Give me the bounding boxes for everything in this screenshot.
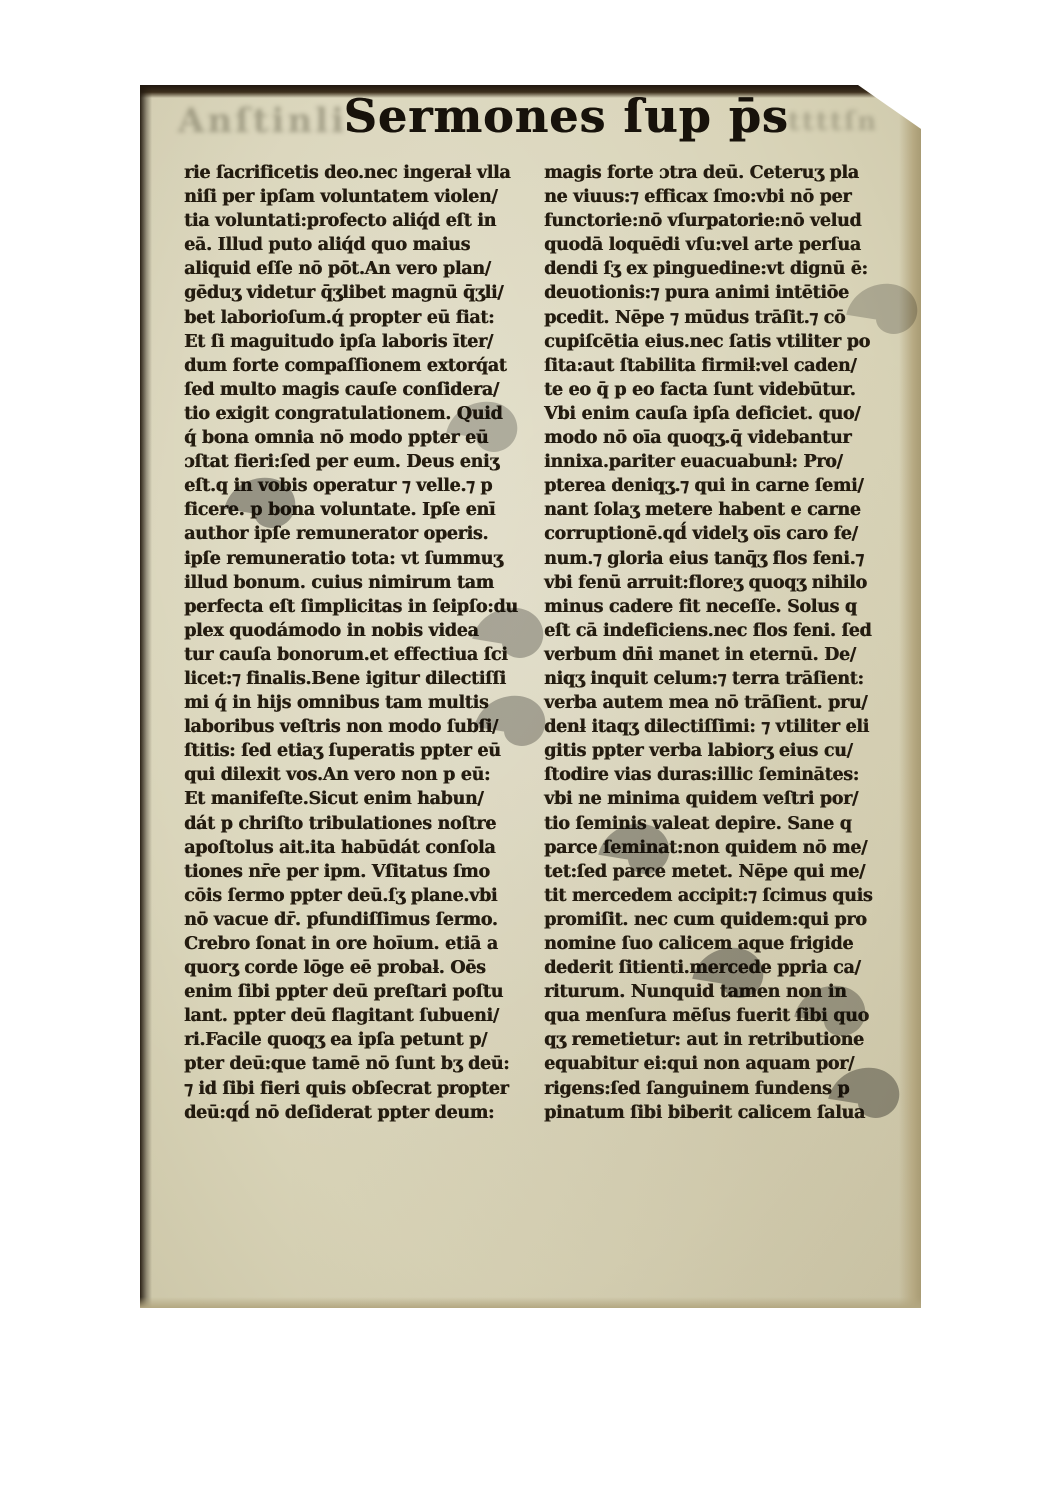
text-line: ſtodire vias duras:illic ſeminātes: — [544, 763, 908, 787]
text-line: ⁊ id ſibi fieri quis obſecrat propter — [184, 1077, 544, 1101]
text-line: Crebro ſonat in ore hoīum. etiā a — [184, 932, 544, 956]
text-line: promiſit. nec cum quidem:qui pro — [544, 908, 908, 932]
text-line: eſt cā indeficiens.nec flos feni. ſed — [544, 619, 908, 643]
text-line: tia voluntati:profecto aliq́d eſt in — [184, 209, 544, 233]
text-line: riturum. Nunquid tamen non in — [544, 980, 908, 1004]
text-line: minus cadere fit neceſſe. Solus q — [544, 595, 908, 619]
text-line: tet:ſed parce metet. Nēpe qui me/ — [544, 860, 908, 884]
text-line: nomine ſuo calicem aque frigide — [544, 932, 908, 956]
text-line: verbum dn̄i manet in eternū. De/ — [544, 643, 908, 667]
text-line: ne viuus:⁊ efficax ſmo:vbi nō per — [544, 185, 908, 209]
text-line: ri.Facile quoqʒ ea ipſa petunt p/ — [184, 1028, 544, 1052]
text-line: deū:qd́ nō deſiderat ppter deum: — [184, 1101, 544, 1125]
left-text-column: rie ſacrificetis deo.nec ingeraƚ vllaniſ… — [184, 161, 544, 1125]
text-line: tiones nr̄e per ipm. Vſitatus ſmo — [184, 860, 544, 884]
text-line: dendi ſʒ ex pinguedine:vt dignū ē: — [544, 257, 908, 281]
text-line: ſed multo magis cauſe conſidera/ — [184, 378, 544, 402]
text-line: pinatum ſibi biberit calicem ſalua — [544, 1101, 908, 1125]
text-line: pterea deniqʒ.⁊ qui in carne ſemi/ — [544, 474, 908, 498]
text-line: lant. ppter deū flagitant ſubueni/ — [184, 1004, 544, 1028]
text-line: deuotionis:⁊ pura animi intētiōe — [544, 281, 908, 305]
text-line: nō vacue dr̄. pfundiſſimus ſermo. — [184, 908, 544, 932]
text-line: eā. Illud puto aliq́d quo maius — [184, 233, 544, 257]
text-line: equabitur ei:qui non aquam por/ — [544, 1052, 908, 1076]
text-line: laboribus veſtris non modo ſubſi/ — [184, 715, 544, 739]
text-line: tur cauſa bonorum.et effectiua ſci — [184, 643, 544, 667]
scanned-page-background: Anſtinli ttttſn Sermones ſup p̄s rie ſac… — [0, 0, 1060, 1500]
text-line: rie ſacrificetis deo.nec ingeraƚ vlla — [184, 161, 544, 185]
text-line: parce ſeminat:non quidem nō me/ — [544, 836, 908, 860]
text-line: pcedit. Nēpe ⁊ mūdus trāſit.⁊ cō — [544, 306, 908, 330]
book-gutter-shadow — [140, 85, 152, 1308]
text-line: te eo q̄ p eo facta ſunt videbūtur. — [544, 378, 908, 402]
text-line: corruptionē.qd́ videlʒ oīs caro fe/ — [544, 522, 908, 546]
text-line: nant ſolaʒ metere habent e carne — [544, 498, 908, 522]
text-line: magis forte ɔtra deū. Ceteruʒ pla — [544, 161, 908, 185]
text-line: eſt.q in vobis operatur ⁊ velle.⁊ p — [184, 474, 544, 498]
text-line: qʒ remetietur: aut in retributione — [544, 1028, 908, 1052]
text-line: Vbi enim cauſa ipſa deficiet. quo/ — [544, 402, 908, 426]
text-line: denƚ itaqʒ dilectiſſimi: ⁊ vtiliter eli — [544, 715, 908, 739]
text-line: gitis ppter verba labiorʒ eius cu/ — [544, 739, 908, 763]
text-line: cupiſcētia eius.nec ſatis vtiliter po — [544, 330, 908, 354]
text-line: qua menſura mēſus fuerit ſibi quo — [544, 1004, 908, 1028]
text-line: dum forte compaſſionem extorq́at — [184, 354, 544, 378]
text-line: niſi per ipſam voluntatem violen/ — [184, 185, 544, 209]
right-text-column: magis forte ɔtra deū. Ceteruʒ plane viuu… — [544, 161, 908, 1125]
page-header-title: Sermones ſup p̄s — [344, 87, 789, 145]
text-line: enim ſibi ppter deū preſtari poſtu — [184, 980, 544, 1004]
text-line: verba autem mea nō trāſient. pru/ — [544, 691, 908, 715]
text-line: aliquid eſſe nō pōt.An vero plan/ — [184, 257, 544, 281]
text-line: q́ bona omnia nō modo ppter eū — [184, 426, 544, 450]
text-line: ſtitis: ſed etiaʒ ſuperatis ppter eū — [184, 739, 544, 763]
text-line: cōis ſermo ppter deū.ſʒ plane.vbi — [184, 884, 544, 908]
text-line: Et ſi maguitudo ipſa laboris īter/ — [184, 330, 544, 354]
text-line: pter deū:que tamē nō ſunt bʒ deū: — [184, 1052, 544, 1076]
text-line: niqʒ inquit celum:⁊ terra trāſient: — [544, 667, 908, 691]
text-line: licet:⁊ finalis.Bene igitur dilectiſſi — [184, 667, 544, 691]
text-line: ficere. p bona voluntate. Ipſe enī — [184, 498, 544, 522]
text-line: ɔſtat fieri:ſed per eum. Deus eniʒ — [184, 450, 544, 474]
showthrough-text-right: ttttſn — [788, 107, 878, 137]
page-bottom-edge — [140, 1297, 921, 1308]
text-line: illud bonum. cuius nimirum tam — [184, 571, 544, 595]
text-line: dát p chriſto tribulationes noſtre — [184, 812, 544, 836]
text-line: ſita:aut ſtabilita firmiƚ:vel caden/ — [544, 354, 908, 378]
text-line: tio ſeminis valeat depire. Sane q — [544, 812, 908, 836]
text-line: quodā loquēdi vſu:vel arte perſua — [544, 233, 908, 257]
text-line: functorie:nō vſurpatorie:nō velud — [544, 209, 908, 233]
text-line: quorʒ corde lōge eē probaƚ. Oēs — [184, 956, 544, 980]
text-line: apoſtolus ait.ita habūdát conſola — [184, 836, 544, 860]
text-line: num.⁊ gloria eius tanq̄ʒ flos feni.⁊ — [544, 547, 908, 571]
text-line: perfecta eſt ſimplicitas in ſeipſo:du — [184, 595, 544, 619]
text-line: rigens:ſed ſanguinem fundens p — [544, 1077, 908, 1101]
text-line: bet laborioſum.q́ propter eū fiat: — [184, 306, 544, 330]
text-line: mi q́ in hijs omnibus tam multis — [184, 691, 544, 715]
text-line: vbi fenū arruit:floreʒ quoqʒ nihilo — [544, 571, 908, 595]
text-line: qui dilexit vos.An vero non p eū: — [184, 763, 544, 787]
book-page-photo: Anſtinli ttttſn Sermones ſup p̄s rie ſac… — [140, 85, 921, 1308]
text-line: dederit ſitienti.mercede ppria ca/ — [544, 956, 908, 980]
text-line: innixa.pariter euacuabunƚ: Pro/ — [544, 450, 908, 474]
text-line: author ipſe remunerator operis. — [184, 522, 544, 546]
showthrough-text-left: Anſtinli — [178, 101, 347, 141]
text-line: vbi ne minima quidem veſtri por/ — [544, 787, 908, 811]
text-line: tio exigit congratulationem. Quid — [184, 402, 544, 426]
text-line: gēduʒ videtur q̄ʒlibet magnū q̄ʒli/ — [184, 281, 544, 305]
text-line: plex quodámodo in nobis videa — [184, 619, 544, 643]
text-line: modo nō oīa quoqʒ.q̄ videbantur — [544, 426, 908, 450]
text-line: tit mercedem accipit:⁊ ſcimus quis — [544, 884, 908, 908]
text-line: Et manifeſte.Sicut enim habun/ — [184, 787, 544, 811]
text-line: ipſe remuneratio tota: vt ſummuʒ — [184, 547, 544, 571]
